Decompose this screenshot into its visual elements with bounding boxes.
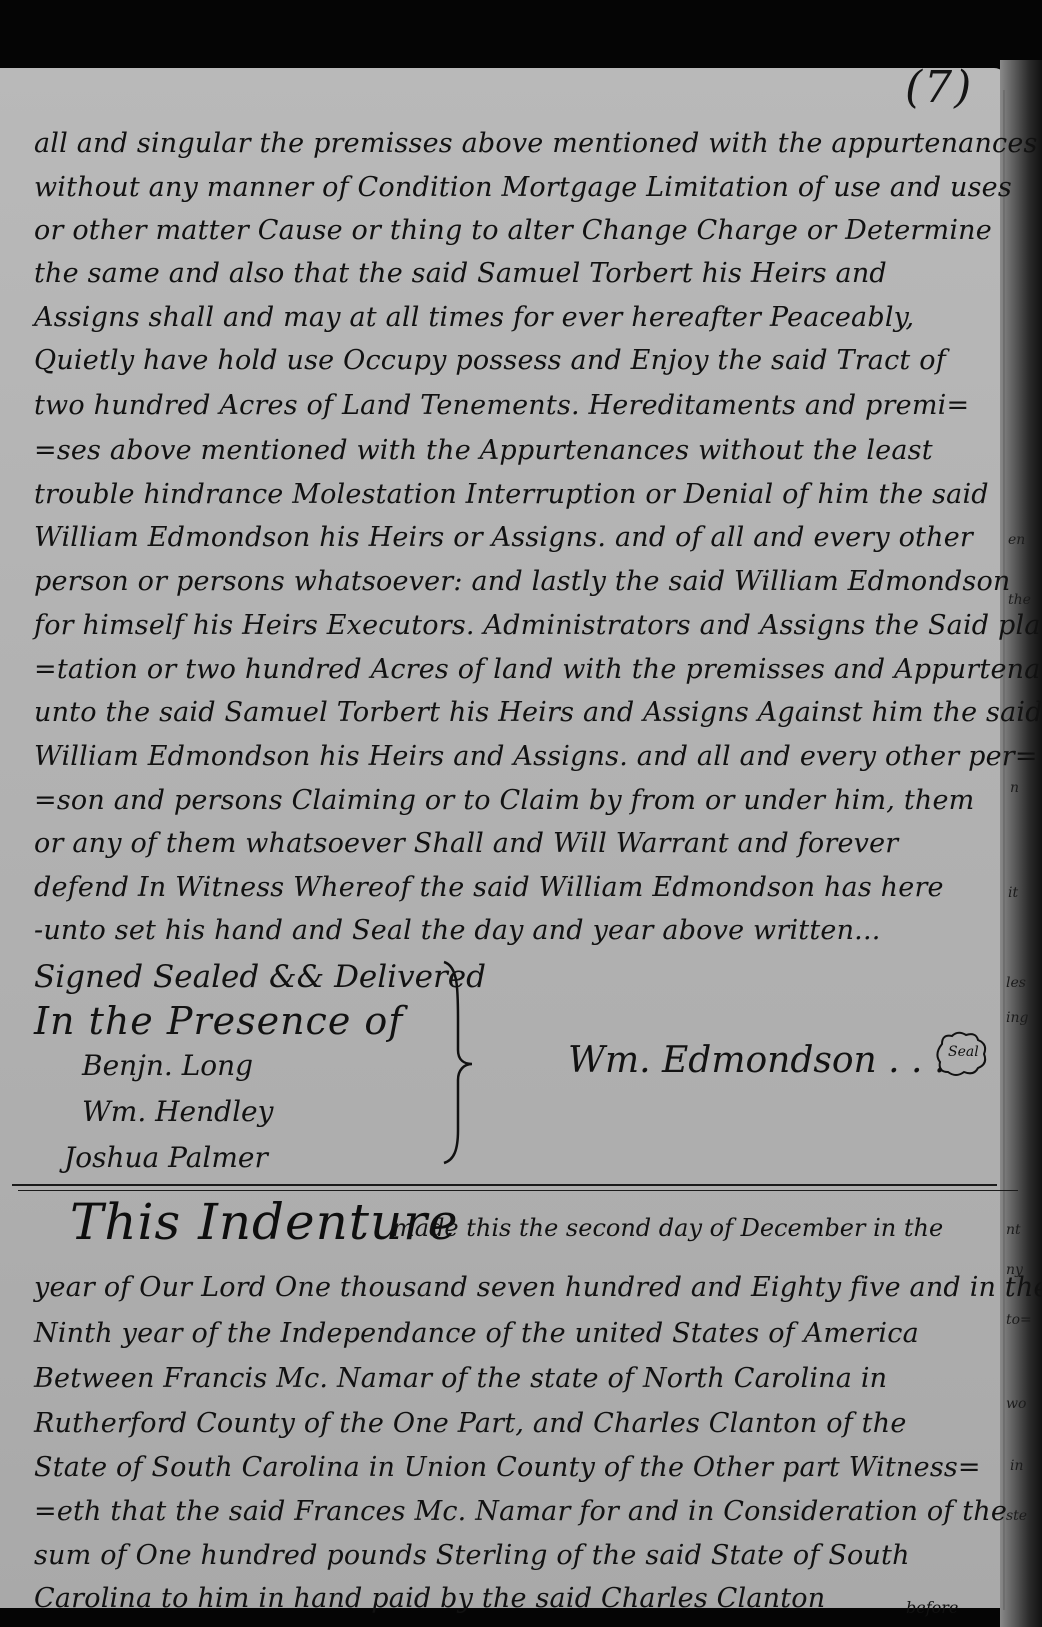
indenture-line: Between Francis Mc. Namar of the state o…	[34, 1363, 887, 1394]
witness-name: Benjn. Long	[34, 1043, 486, 1089]
indenture-line: sum of One hundred pounds Sterling of th…	[34, 1540, 910, 1571]
witness-block: Signed Sealed && Delivered In the Presen…	[34, 955, 486, 1181]
deed-line: the same and also that the said Samuel T…	[34, 258, 887, 289]
deed-line: -unto set his hand and Seal the day and …	[34, 915, 881, 946]
margin-fragment: it	[1008, 885, 1018, 901]
indenture-first-line: made this the second day of December in …	[392, 1214, 943, 1242]
seal-label: Seal	[948, 1044, 979, 1060]
section-divider-rule	[12, 1184, 997, 1186]
indenture-line: Carolina to him in hand paid by the said…	[34, 1583, 825, 1614]
witness-name: Joshua Palmer	[34, 1135, 486, 1181]
margin-fragment: ny	[1006, 1262, 1023, 1278]
margin-fragment: wo	[1006, 1396, 1026, 1412]
section-divider-rule	[18, 1190, 1018, 1191]
margin-fragment: les	[1006, 975, 1026, 991]
deed-line: person or persons whatsoever: and lastly…	[34, 566, 1011, 597]
indenture-line: Rutherford County of the One Part, and C…	[34, 1408, 907, 1439]
margin-fragment: ing	[1006, 1010, 1028, 1026]
catchword: before	[906, 1598, 958, 1617]
book-binding-edge	[1000, 60, 1042, 1627]
deed-line: William Edmondson his Heirs or Assigns. …	[34, 522, 973, 553]
margin-fragment: n	[1010, 780, 1019, 796]
grantor-signature: Wm. Edmondson . . .	[568, 1040, 945, 1081]
deed-line: all and singular the premisses above men…	[34, 128, 1038, 159]
deed-line: =ses above mentioned with the Appurtenan…	[34, 435, 933, 466]
margin-fragment: to=	[1006, 1312, 1032, 1328]
witness-heading-presence: In the Presence of	[34, 999, 486, 1043]
margin-fragment: en	[1008, 532, 1025, 548]
indenture-line: year of Our Lord One thousand seven hund…	[34, 1272, 1042, 1303]
curly-brace-icon	[440, 960, 476, 1165]
deed-line: William Edmondson his Heirs and Assigns.…	[34, 741, 1038, 772]
deed-line: Assigns shall and may at all times for e…	[34, 302, 914, 333]
deed-line: for himself his Heirs Executors. Adminis…	[34, 610, 1042, 641]
indenture-line: Ninth year of the Independance of the un…	[34, 1318, 919, 1349]
page-number: (7)	[905, 62, 973, 113]
deed-line: two hundred Acres of Land Tenements. Her…	[34, 390, 969, 421]
indenture-line: State of South Carolina in Union County …	[34, 1452, 981, 1483]
margin-fragment: ste	[1006, 1508, 1027, 1524]
deed-line: defend In Witness Whereof the said Willi…	[34, 872, 944, 903]
indenture-line: =eth that the said Frances Mc. Namar for…	[34, 1496, 1007, 1527]
witness-heading-signed: Signed Sealed && Delivered	[34, 955, 486, 999]
margin-fragment: nt	[1006, 1222, 1021, 1238]
deed-line: unto the said Samuel Torbert his Heirs a…	[34, 697, 1042, 728]
deed-line: =son and persons Claiming or to Claim by…	[34, 785, 974, 816]
deed-line: =tation or two hundred Acres of land wit…	[34, 654, 1042, 685]
deed-line: trouble hindrance Molestation Interrupti…	[34, 479, 989, 510]
deed-line: without any manner of Condition Mortgage…	[34, 172, 1012, 203]
deed-line: Quietly have hold use Occupy possess and…	[34, 345, 946, 376]
witness-name: Wm. Hendley	[34, 1089, 486, 1135]
margin-fragment: the	[1008, 592, 1031, 608]
page-fold-line	[1003, 90, 1005, 1610]
margin-fragment: in	[1010, 1458, 1024, 1474]
deed-line: or other matter Cause or thing to alter …	[34, 215, 992, 246]
deed-line: or any of them whatsoever Shall and Will…	[34, 828, 898, 859]
